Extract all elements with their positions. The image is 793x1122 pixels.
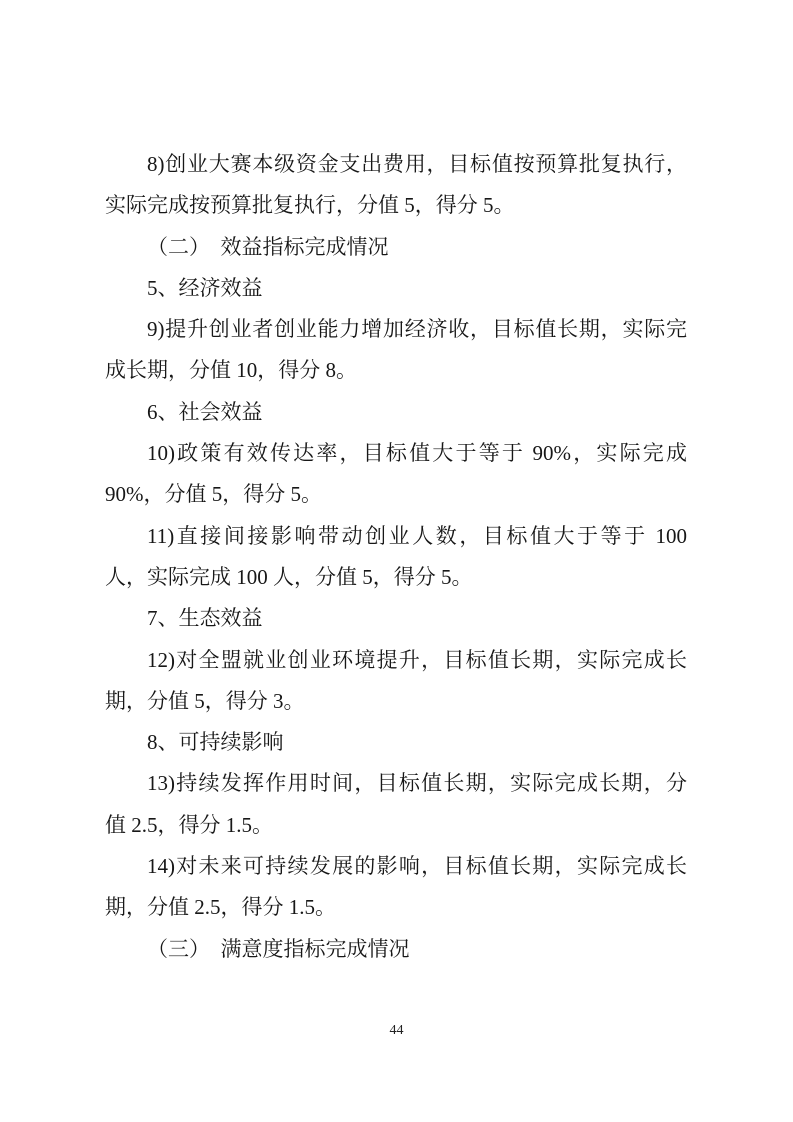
text-line-item-10-start: 10)政策有效传达率，目标值大于等于 90%，实际完成 [105,433,687,474]
text-line-item-12-start: 12)对全盟就业创业环境提升，目标值长期，实际完成长 [105,640,687,681]
text-line-item-11-end: 人，实际完成 100 人，分值 5，得分 5。 [105,557,687,598]
text-line-item-14-start: 14)对未来可持续发展的影响，目标值长期，实际完成长 [105,846,687,887]
text-line-item-8-end: 实际完成按预算批复执行，分值 5，得分 5。 [105,185,687,226]
document-body: 8)创业大赛本级资金支出费用，目标值按预算批复执行， 实际完成按预算批复执行，分… [105,144,687,970]
page-number: 44 [0,1021,793,1041]
section-heading-satisfaction: （三） 满意度指标完成情况 [105,929,687,970]
subheading-economic: 5、经济效益 [105,268,687,309]
text-line-item-8-start: 8)创业大赛本级资金支出费用，目标值按预算批复执行， [105,144,687,185]
text-line-item-12-end: 期，分值 5，得分 3。 [105,681,687,722]
subheading-sustainability: 8、可持续影响 [105,722,687,763]
text-line-item-9-start: 9)提升创业者创业能力增加经济收，目标值长期，实际完 [105,309,687,350]
text-line-item-11-start: 11)直接间接影响带动创业人数，目标值大于等于 100 [105,516,687,557]
text-line-item-9-end: 成长期，分值 10，得分 8。 [105,350,687,391]
subheading-social: 6、社会效益 [105,392,687,433]
text-line-item-10-end: 90%，分值 5，得分 5。 [105,474,687,515]
document-page: 8)创业大赛本级资金支出费用，目标值按预算批复执行， 实际完成按预算批复执行，分… [0,0,793,1122]
text-line-item-14-end: 期，分值 2.5，得分 1.5。 [105,887,687,928]
subheading-ecological: 7、生态效益 [105,598,687,639]
text-line-item-13-end: 值 2.5，得分 1.5。 [105,805,687,846]
text-line-item-13-start: 13)持续发挥作用时间，目标值长期，实际完成长期，分 [105,763,687,804]
section-heading-benefit: （二） 效益指标完成情况 [105,227,687,268]
